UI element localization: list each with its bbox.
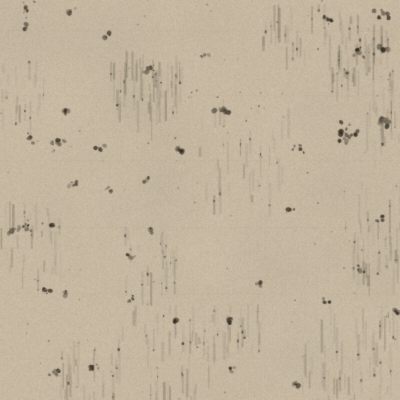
cork-texture-canvas xyxy=(0,0,400,400)
cork-texture-photo xyxy=(0,0,400,400)
